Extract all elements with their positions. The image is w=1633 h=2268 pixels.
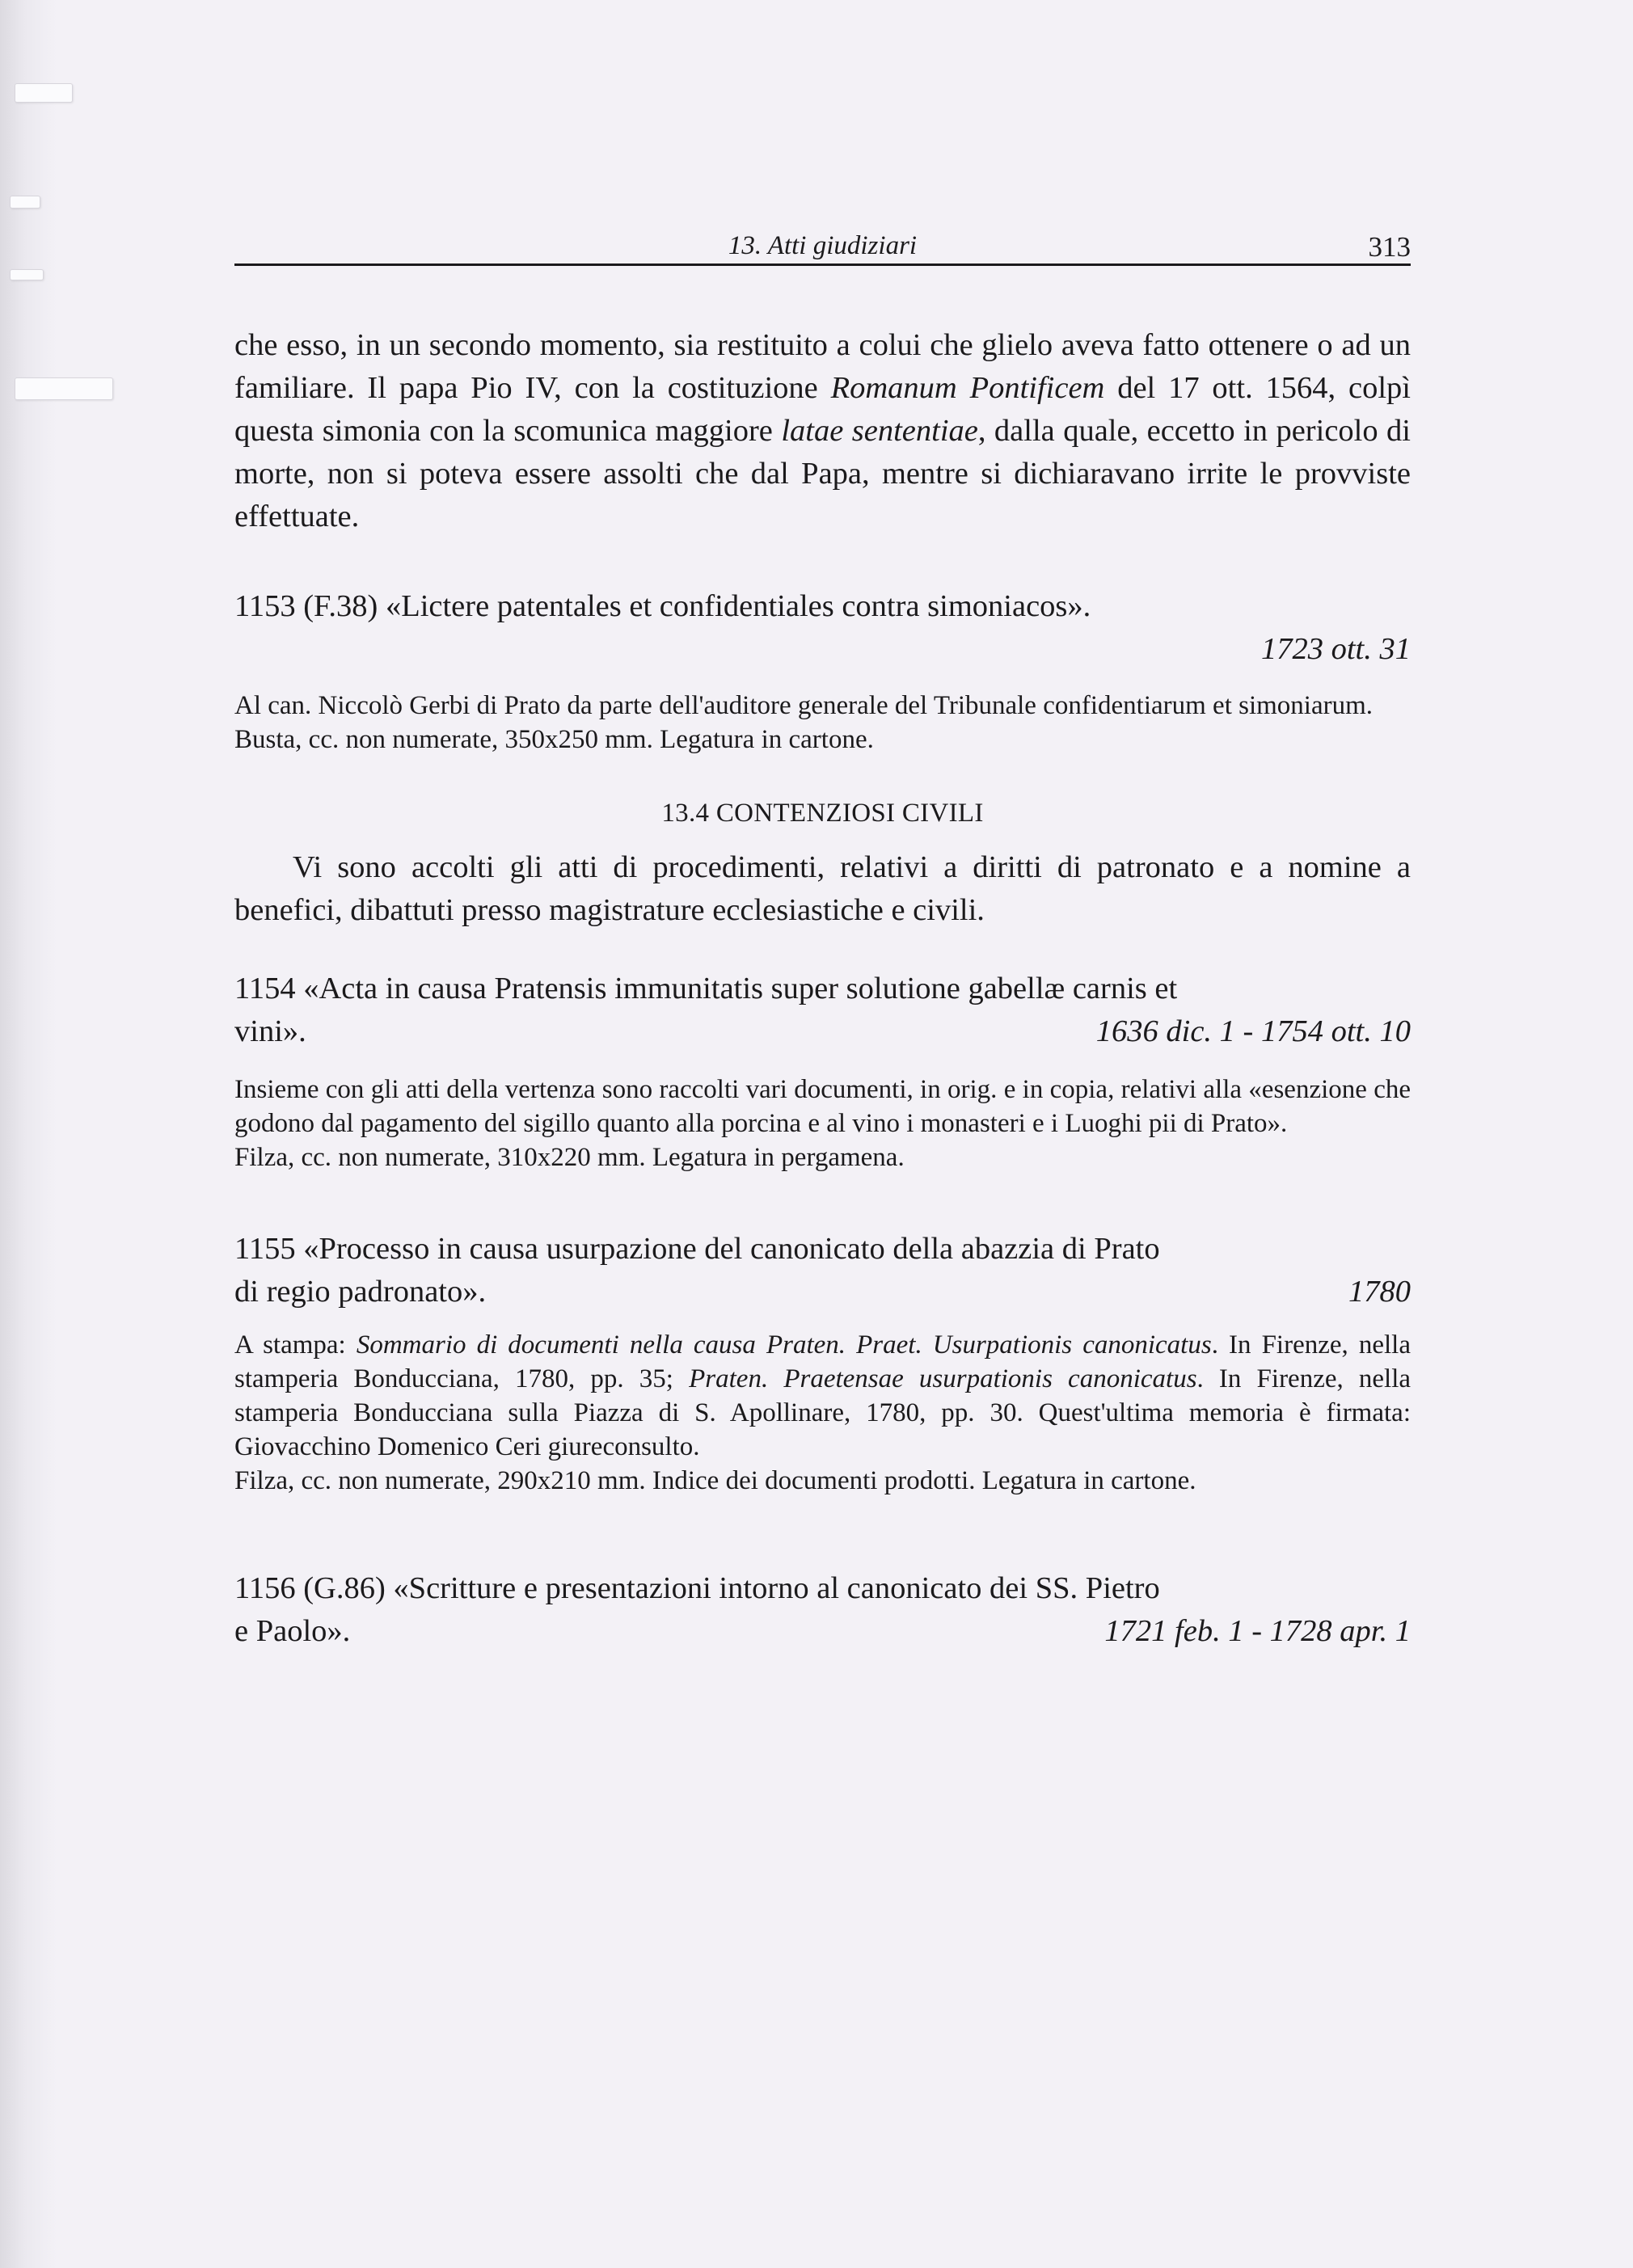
entry-title-text: «Scritture e presentazioni intorno al ca… <box>393 1571 1159 1605</box>
entry-date: 1723 ott. 31 <box>1261 628 1411 671</box>
entry-title-text: «Processo in causa usurpazione del canon… <box>303 1232 1159 1266</box>
intro-paragraph: che esso, in un secondo momento, sia res… <box>234 324 1411 538</box>
entry-title-continued: di regio padronato». <box>234 1271 486 1313</box>
intro-text-italic: latae sententiae <box>781 414 978 448</box>
entry-note: Busta, cc. non numerate, 350x250 mm. Leg… <box>234 723 1411 757</box>
section-heading: 13.4 CONTENZIOSI CIVILI <box>234 799 1411 828</box>
document-page: 13. Atti giudiziari 313 che esso, in un … <box>234 226 1411 1653</box>
catalog-entry: 1156 (G.86) «Scritture e presentazioni i… <box>234 1567 1411 1653</box>
entry-note: Filza, cc. non numerate, 290x210 mm. Ind… <box>234 1464 1411 1498</box>
entry-date: 1721 feb. 1 - 1728 apr. 1 <box>1104 1610 1411 1653</box>
entry-date-line: 1723 ott. 31 <box>234 628 1411 671</box>
entry-notes: Al can. Niccolò Gerbi di Prato da parte … <box>234 689 1411 757</box>
section-13-4: 13.4 CONTENZIOSI CIVILI Vi sono accolti … <box>234 799 1411 932</box>
entry-number: 1154 <box>234 972 296 1005</box>
binding-staple <box>10 196 40 209</box>
entry-title-text: «Lictere patentales et confidentiales co… <box>386 589 1091 623</box>
entry-signature: (F.38) <box>303 589 378 623</box>
entry-date: 1780 <box>1348 1271 1411 1313</box>
entry-title: 1155 «Processo in causa usurpazione del … <box>234 1228 1411 1271</box>
entry-date-line: di regio padronato». 1780 <box>234 1271 1411 1313</box>
entry-number: 1153 <box>234 589 296 623</box>
section-title: CONTENZIOSI CIVILI <box>716 799 984 828</box>
section-number: 13.4 <box>661 799 709 828</box>
note-text: A stampa: <box>234 1330 357 1360</box>
running-head: 13. Atti giudiziari 313 <box>234 226 1411 266</box>
entry-notes: Insieme con gli atti della vertenza sono… <box>234 1073 1411 1174</box>
entry-title-text: «Acta in causa Pratensis immunitatis sup… <box>303 972 1177 1005</box>
catalog-entry: 1153 (F.38) «Lictere patentales et confi… <box>234 585 1411 757</box>
entry-title-continued: vini». <box>234 1010 306 1053</box>
entry-number: 1155 <box>234 1232 296 1266</box>
section-description: Vi sono accolti gli atti di procedimenti… <box>234 846 1411 932</box>
binding-staple <box>10 269 44 280</box>
entry-date: 1636 dic. 1 - 1754 ott. 10 <box>1096 1010 1411 1053</box>
entry-signature: (G.86) <box>303 1571 386 1605</box>
entry-note: Al can. Niccolò Gerbi di Prato da parte … <box>234 689 1411 723</box>
entry-title: 1154 «Acta in causa Pratensis immunitati… <box>234 967 1411 1010</box>
catalog-entry: 1155 «Processo in causa usurpazione del … <box>234 1228 1411 1498</box>
entry-date-line: vini». 1636 dic. 1 - 1754 ott. 10 <box>234 1010 1411 1053</box>
page-number: 313 <box>1369 231 1411 263</box>
binding-staple <box>15 377 113 400</box>
entry-note: Insieme con gli atti della vertenza sono… <box>234 1073 1411 1140</box>
entry-title-continued: e Paolo». <box>234 1610 350 1653</box>
note-text-italic: Sommario di documenti nella causa Praten… <box>357 1330 1212 1360</box>
entry-note-printed-editions: A stampa: Sommario di documenti nella ca… <box>234 1328 1411 1464</box>
entry-note: Filza, cc. non numerate, 310x220 mm. Leg… <box>234 1140 1411 1174</box>
entry-title: 1153 (F.38) «Lictere patentales et confi… <box>234 585 1411 628</box>
entry-notes: A stampa: Sommario di documenti nella ca… <box>234 1328 1411 1498</box>
entry-number: 1156 <box>234 1571 296 1605</box>
binding-edge <box>0 0 57 2268</box>
chapter-title: 13. Atti giudiziari <box>234 231 1411 261</box>
binding-staple <box>15 83 73 103</box>
catalog-entry: 1154 «Acta in causa Pratensis immunitati… <box>234 967 1411 1174</box>
entry-title: 1156 (G.86) «Scritture e presentazioni i… <box>234 1567 1411 1610</box>
entry-date-line: e Paolo». 1721 feb. 1 - 1728 apr. 1 <box>234 1610 1411 1653</box>
intro-text-italic: Romanum Pontificem <box>831 371 1105 405</box>
note-text-italic: Praten. Praetensae usurpationis canonica… <box>689 1364 1196 1393</box>
